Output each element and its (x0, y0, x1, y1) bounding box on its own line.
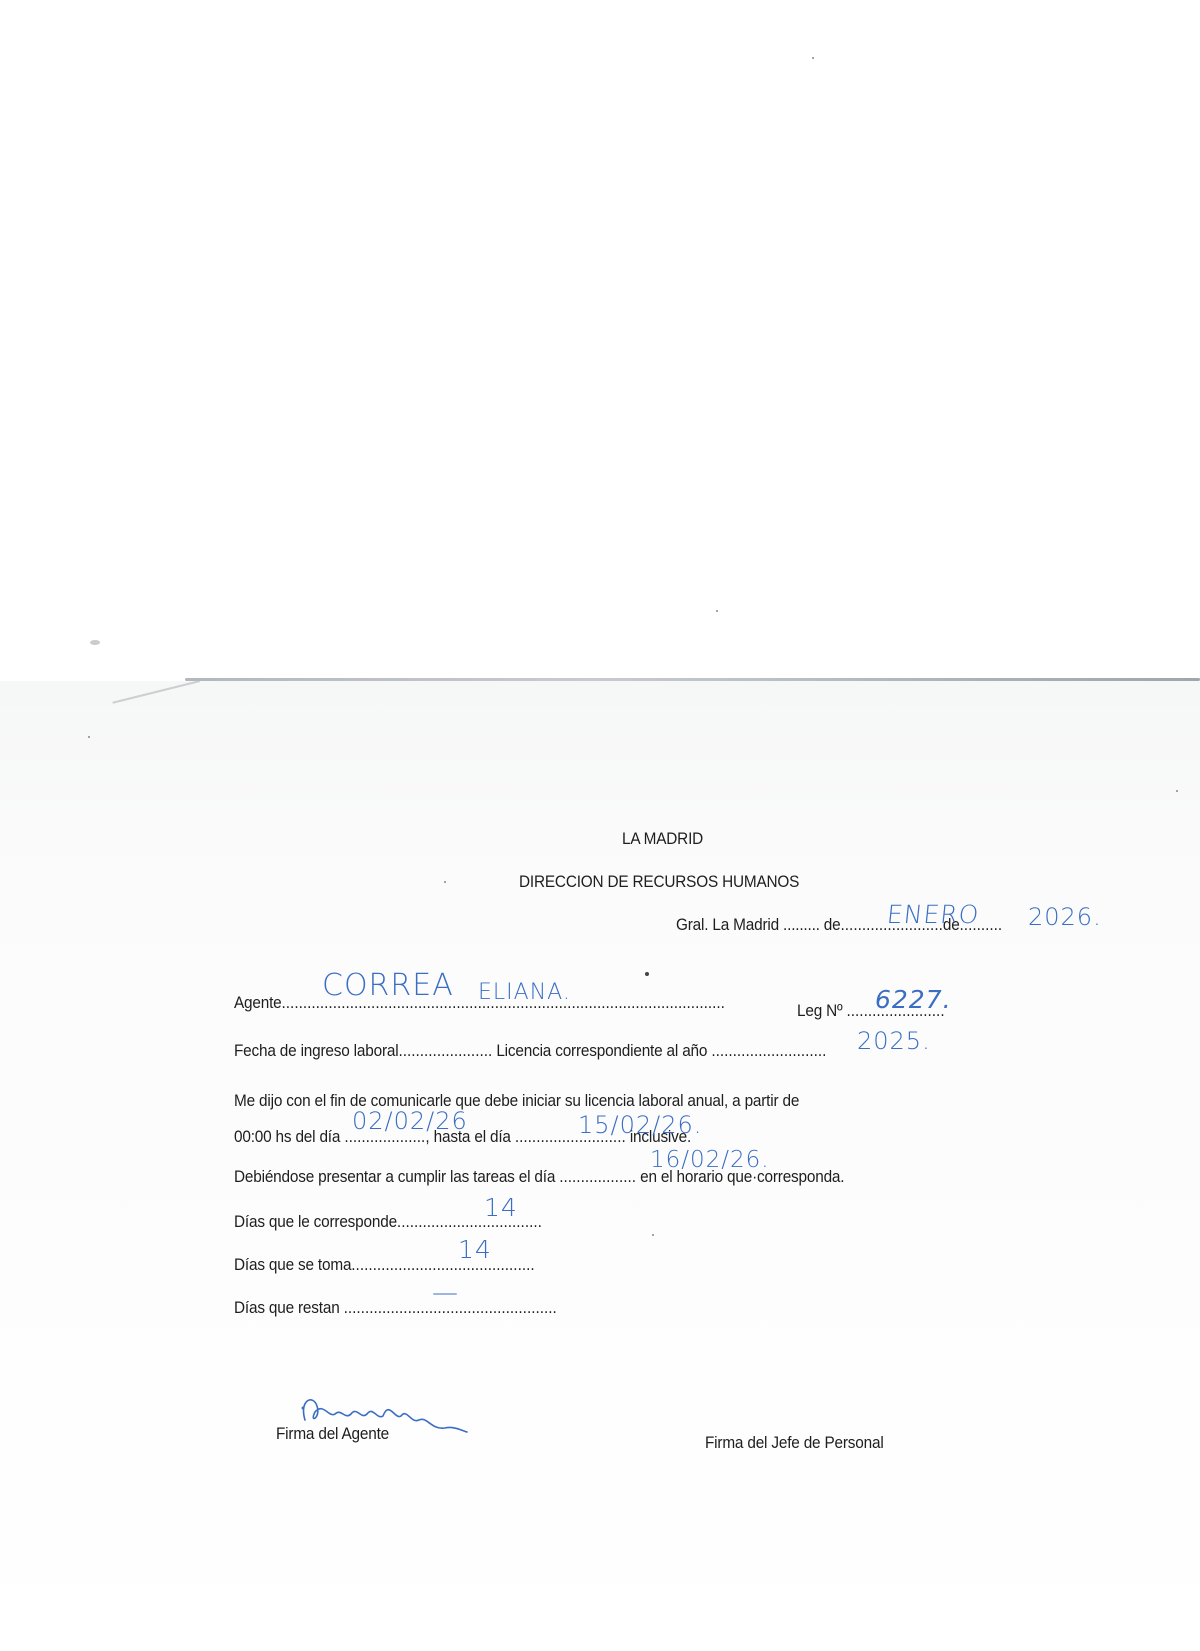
handwritten-days-taken: 14 (458, 1235, 492, 1264)
handwritten-leg-number: 6227. (875, 985, 952, 1014)
days-entitled-label: Días que le corresponde (234, 1213, 397, 1231)
from-label: 00:00 hs del día (234, 1128, 340, 1146)
department-title: DIRECCION DE RECURSOS HUMANOS (519, 873, 799, 892)
scanned-document: LA MADRID DIRECCION DE RECURSOS HUMANOS … (0, 0, 1200, 1651)
chief-signature-label: Firma del Jefe de Personal (705, 1434, 884, 1453)
handwritten-start-date: 02/02/26 (352, 1107, 468, 1135)
scan-speck (90, 640, 100, 645)
scan-speck (645, 972, 649, 976)
scan-speck (716, 610, 718, 612)
agent-label: Agente (234, 994, 282, 1012)
handwritten-month: ENERO (885, 900, 980, 929)
licencia-dots: ........................... (711, 1042, 826, 1060)
days-entitled-dots: .................................. (397, 1213, 542, 1231)
handwritten-firstname: ELIANA. (478, 980, 571, 1005)
days-remaining-label: Días que restan (234, 1299, 340, 1317)
handwritten-surname: CORREA (322, 968, 454, 1003)
handwritten-days-remaining: — (432, 1278, 459, 1308)
licencia-label: Licencia correspondiente al año (496, 1042, 707, 1060)
lower-sheet-shadow (0, 681, 1200, 1651)
handwritten-licencia-year: 2025. (857, 1027, 931, 1055)
days-taken-label: Días que se toma (234, 1256, 351, 1274)
ingreso-label: Fecha de ingreso laboral (234, 1042, 398, 1060)
ingreso-dots: ...................... (398, 1042, 492, 1060)
paper-fold-edge (185, 678, 1200, 681)
scan-speck (444, 881, 446, 883)
scan-speck (88, 736, 90, 738)
handwritten-days-entitled: 14 (484, 1193, 518, 1222)
scan-speck (1176, 790, 1178, 792)
agent-signature-label: Firma del Agente (276, 1425, 389, 1444)
leg-label: Leg Nº (797, 1002, 842, 1020)
org-title: LA MADRID (622, 830, 703, 849)
days-remaining-line: Días que restan ........................… (234, 1299, 557, 1318)
ingreso-line: Fecha de ingreso laboral................… (234, 1042, 826, 1061)
handwritten-end-date: 15/02/26. (578, 1111, 702, 1139)
scan-speck (652, 1234, 654, 1236)
days-taken-dots: ........................................… (351, 1256, 534, 1274)
date-prefix: Gral. La Madrid ......... de (676, 916, 841, 934)
scan-speck (812, 57, 814, 59)
return-dots: .................. (559, 1168, 636, 1186)
body-line-1: Me dijo con el fin de comunicarle que de… (234, 1092, 799, 1111)
return-label: Debiéndose presentar a cumplir las tarea… (234, 1168, 555, 1186)
handwritten-return-date: 16/02/26. (650, 1147, 770, 1173)
handwritten-year: 2026. (1028, 903, 1102, 931)
